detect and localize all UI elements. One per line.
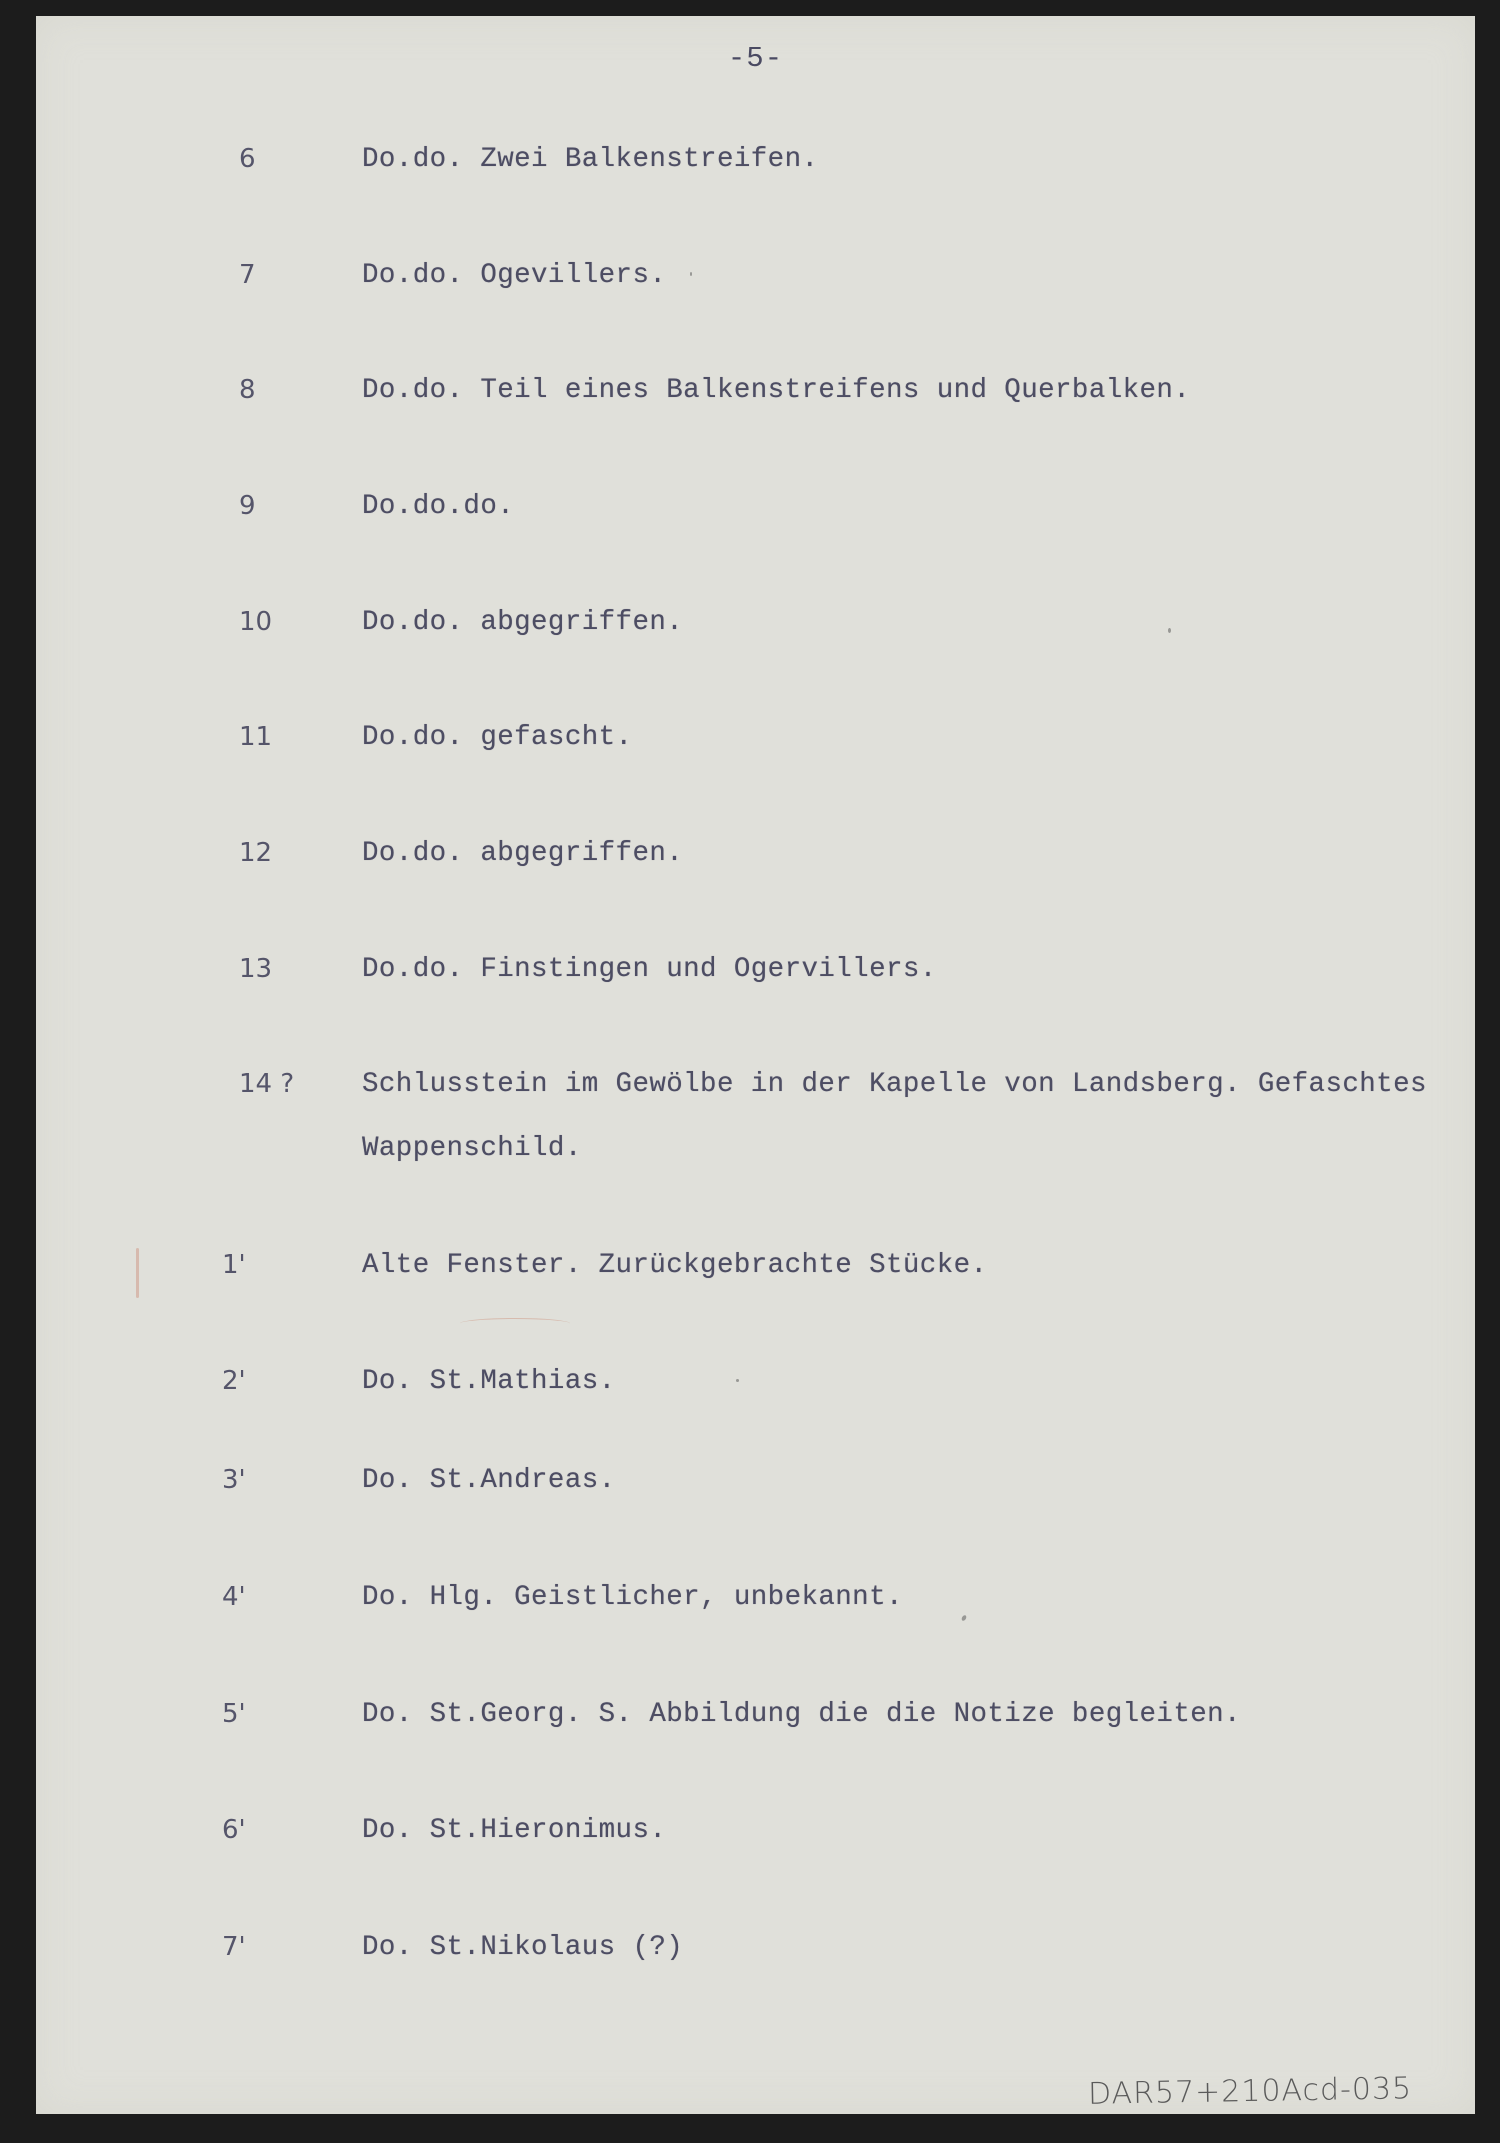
list-item: 4' Do. Hlg. Geistlicher, unbekannt. xyxy=(36,1582,1475,1622)
list-item: 9 Do.do.do. xyxy=(36,491,1475,531)
item-text: Do. St.Mathias. xyxy=(362,1366,616,1397)
item-text: Do.do. Zwei Balkenstreifen. xyxy=(362,144,818,175)
list-item: 7 Do.do. Ogevillers. xyxy=(36,260,1475,300)
document-page: -5- 6 Do.do. Zwei Balkenstreifen. 7 Do.d… xyxy=(36,16,1475,2114)
item-text-continuation: Wappenschild. xyxy=(362,1133,582,1164)
list-item-continuation: Wappenschild. xyxy=(36,1133,1475,1173)
list-item: 10 Do.do. abgegriffen. xyxy=(36,607,1475,647)
list-item: 6' Do. St.Hieronimus. xyxy=(36,1815,1475,1855)
item-number: 9 xyxy=(239,491,256,521)
list-item: 11 Do.do. gefascht. xyxy=(36,722,1475,762)
item-number: 5' xyxy=(222,1699,246,1729)
item-number: 7 xyxy=(239,260,256,290)
item-text: Do. St.Georg. S. Abbildung die die Notiz… xyxy=(362,1699,1241,1730)
list-item: 8 Do.do. Teil eines Balkenstreifens und … xyxy=(36,375,1475,415)
list-item: 2' Do. St.Mathias. xyxy=(36,1366,1475,1406)
item-number: 1' xyxy=(222,1250,246,1280)
red-underline-mark xyxy=(460,1318,570,1329)
item-text: Do.do. Finstingen und Ogervillers. xyxy=(362,954,937,985)
item-text: Do.do. Ogevillers. xyxy=(362,260,666,291)
item-number: 10 xyxy=(239,607,272,637)
item-text: Do.do. abgegriffen. xyxy=(362,607,683,638)
list-item: 6 Do.do. Zwei Balkenstreifen. xyxy=(36,144,1475,184)
item-text: Do. St.Hieronimus. xyxy=(362,1815,666,1846)
paper-speck xyxy=(1168,628,1171,633)
item-number: 12 xyxy=(239,838,272,868)
item-number: 3' xyxy=(222,1465,246,1495)
item-text: Do.do. abgegriffen. xyxy=(362,838,683,869)
item-text: Do.do. Teil eines Balkenstreifens und Qu… xyxy=(362,375,1190,406)
item-number: 8 xyxy=(239,375,256,405)
list-item: 12 Do.do. abgegriffen. xyxy=(36,838,1475,878)
item-text: Do. St.Andreas. xyxy=(362,1465,616,1496)
paper-speck xyxy=(736,1379,739,1382)
item-number: 2' xyxy=(222,1366,246,1396)
list-item: 7' Do. St.Nikolaus (?) xyxy=(36,1932,1475,1972)
list-item: 13 Do.do. Finstingen und Ogervillers. xyxy=(36,954,1475,994)
list-item: 14 ? Schlusstein im Gewölbe in der Kapel… xyxy=(36,1069,1475,1109)
item-text: Alte Fenster. Zurückgebrachte Stücke. xyxy=(362,1250,987,1281)
item-number: 6' xyxy=(222,1815,246,1845)
item-text: Do. St.Nikolaus (?) xyxy=(362,1932,683,1963)
item-text: Do. Hlg. Geistlicher, unbekannt. xyxy=(362,1582,903,1613)
archive-reference: DAR57+210Acd-035 xyxy=(1088,2071,1413,2112)
paper-speck xyxy=(690,272,692,276)
item-text: Do.do.do. xyxy=(362,491,514,522)
list-item: 3' Do. St.Andreas. xyxy=(36,1465,1475,1505)
item-number: 14 ? xyxy=(239,1069,294,1099)
item-number: 7' xyxy=(222,1932,246,1962)
list-item: 5' Do. St.Georg. S. Abbildung die die No… xyxy=(36,1699,1475,1739)
item-number: 13 xyxy=(239,954,272,984)
list-item: 1' Alte Fenster. Zurückgebrachte Stücke. xyxy=(36,1250,1475,1290)
item-text: Do.do. gefascht. xyxy=(362,722,632,753)
item-number: 11 xyxy=(239,722,272,752)
page-number: -5- xyxy=(36,42,1475,75)
item-number: 4' xyxy=(222,1582,246,1612)
item-text: Schlusstein im Gewölbe in der Kapelle vo… xyxy=(362,1069,1427,1100)
item-number: 6 xyxy=(239,144,256,174)
